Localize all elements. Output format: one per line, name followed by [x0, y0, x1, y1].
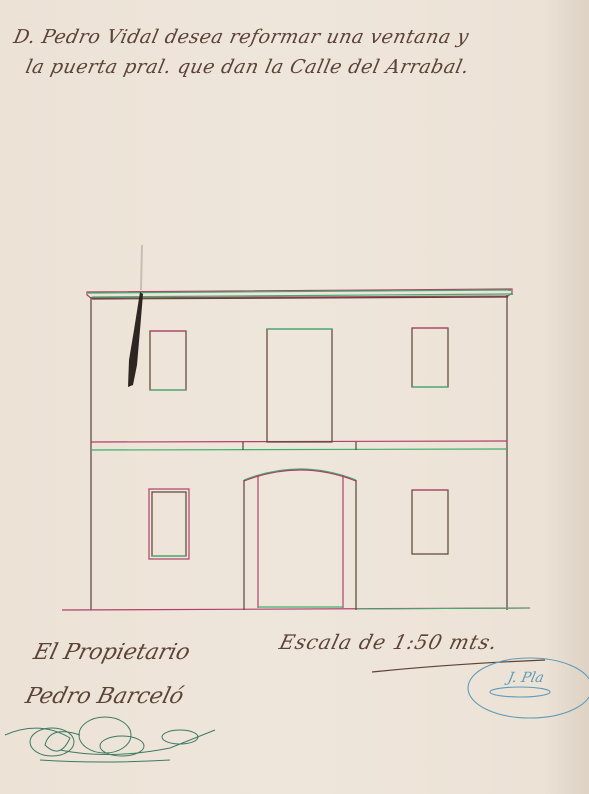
cornice: [87, 289, 513, 299]
owner-title: El Propietario: [31, 640, 193, 665]
upper-balcony-door: [267, 329, 332, 442]
ink-blot: [128, 292, 143, 387]
ground-window-right: [412, 490, 448, 554]
upper-window-left: [150, 331, 186, 390]
facade-elevation-drawing: [0, 0, 589, 794]
stamp-oval: [468, 658, 589, 718]
upper-window-right: [412, 328, 448, 387]
building-outline: [91, 295, 507, 610]
ground-window-left: [149, 489, 189, 559]
scale-label: Escala de 1:50 mts.: [277, 630, 501, 654]
stamp-text: J. Pla: [506, 670, 545, 686]
owner-name: Pedro Barceló: [23, 684, 186, 709]
signature-flourish: [5, 717, 215, 762]
arched-main-door: [244, 469, 356, 610]
